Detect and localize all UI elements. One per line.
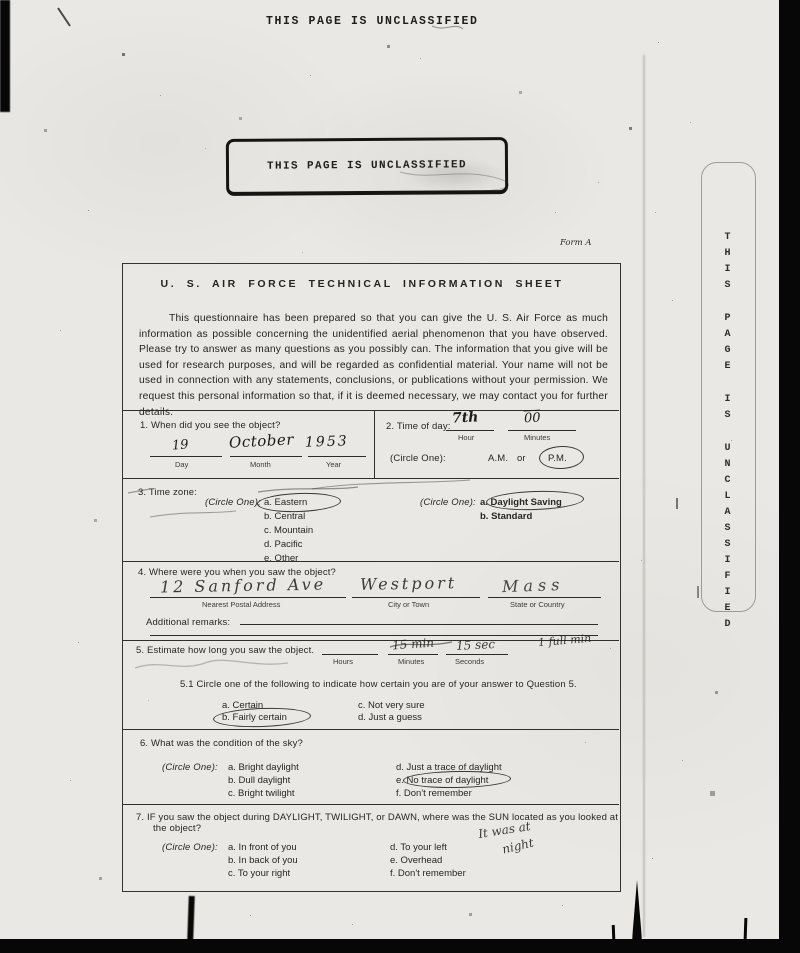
q2-am-option: A.M. bbox=[488, 453, 508, 464]
scanned-document-page: THIS PAGE IS UNCLASSIFIED THIS PAGE IS U… bbox=[0, 0, 800, 953]
q5-minutes-blank bbox=[388, 654, 438, 655]
q7-circle-one-label: (Circle One): bbox=[162, 842, 218, 853]
q2-circle-one-label: (Circle One): bbox=[390, 453, 446, 464]
q7-option-to-your-left: d. To your left bbox=[390, 842, 447, 853]
q7-label-line1: 7. IF you saw the object during DAYLIGHT… bbox=[136, 812, 618, 823]
scan-streak-right-2 bbox=[612, 925, 615, 939]
q3-other-blank bbox=[305, 561, 371, 562]
q1-q2-divider bbox=[374, 410, 375, 478]
form-title: U. S. AIR FORCE TECHNICAL INFORMATION SH… bbox=[122, 278, 602, 290]
q4-remarks-blank-2 bbox=[150, 635, 598, 636]
q4-city-sublabel: City or Town bbox=[388, 600, 429, 609]
q2-hour-value: 7th bbox=[452, 409, 479, 426]
q7-option-dont-remember: f. Don't remember bbox=[390, 868, 466, 879]
q7-option-in-front: a. In front of you bbox=[228, 842, 297, 853]
q5-minutes-sublabel: Minutes bbox=[398, 657, 424, 666]
q3-option-standard: b. Standard bbox=[480, 511, 532, 522]
q6-option-dull-daylight: b. Dull daylight bbox=[228, 775, 290, 786]
q2-minutes-blank bbox=[508, 430, 576, 431]
q1-day-blank bbox=[150, 456, 222, 457]
q7-option-overhead: e. Overhead bbox=[390, 855, 442, 866]
q1-month-sublabel: Month bbox=[250, 460, 271, 469]
divider-1 bbox=[122, 410, 619, 411]
q4-address-blank bbox=[150, 597, 346, 598]
q1-month-value: October bbox=[229, 430, 295, 451]
q4-state-value: Mass bbox=[502, 575, 565, 596]
q4-city-blank bbox=[352, 597, 480, 598]
q5-minutes-value: 15 min bbox=[392, 636, 435, 653]
q7-label-line2: the object? bbox=[153, 823, 201, 834]
q6-label: 6. What was the condition of the sky? bbox=[140, 738, 303, 749]
q4-address-sublabel: Nearest Postal Address bbox=[202, 600, 280, 609]
q3-circle-one-label-2: (Circle One): bbox=[420, 497, 476, 508]
q3-option-other: e. Other bbox=[264, 553, 298, 564]
q6-option-dont-remember: f. Don't remember bbox=[396, 788, 472, 799]
q6-circle-one-label: (Circle One): bbox=[162, 762, 218, 773]
q1-month-blank bbox=[230, 456, 302, 457]
q1-year-value: 1953 bbox=[305, 433, 349, 451]
q3-option-pacific: d. Pacific bbox=[264, 539, 303, 550]
intro-paragraph: This questionnaire has been prepared so … bbox=[139, 311, 608, 420]
scan-edge-top-left bbox=[0, 0, 10, 112]
q5-option-just-a-guess: d. Just a guess bbox=[358, 712, 422, 723]
q7-option-to-your-right: c. To your right bbox=[228, 868, 290, 879]
q1-year-blank bbox=[308, 456, 366, 457]
q3-option-central: b. Central bbox=[264, 511, 305, 522]
q5-seconds-blank bbox=[446, 654, 508, 655]
q4-state-blank bbox=[488, 597, 601, 598]
top-unclassified-banner: THIS PAGE IS UNCLASSIFIED bbox=[266, 15, 479, 28]
q5-seconds-sublabel: Seconds bbox=[455, 657, 484, 666]
divider-6 bbox=[122, 804, 619, 805]
q4-city-value: Westport bbox=[360, 573, 458, 594]
q1-day-sublabel: Day bbox=[175, 460, 188, 469]
q2-or-text: or bbox=[517, 453, 526, 464]
scan-edge-right bbox=[779, 0, 800, 953]
q5-sub-label: 5.1 Circle one of the following to indic… bbox=[180, 679, 577, 690]
q5-hours-sublabel: Hours bbox=[333, 657, 353, 666]
divider-5 bbox=[122, 729, 619, 730]
side-unclassified-text: THIS PAGE IS UNCLASSIFIED bbox=[722, 232, 733, 635]
q4-state-sublabel: State or Country bbox=[510, 600, 565, 609]
q4-address-value: 12 Sanford Ave bbox=[160, 575, 327, 597]
q2-label: 2. Time of day: bbox=[386, 421, 451, 432]
q6-option-bright-daylight: a. Bright daylight bbox=[228, 762, 299, 773]
q2-hour-blank bbox=[446, 430, 494, 431]
q2-minutes-value: 00 bbox=[524, 411, 541, 427]
q5-seconds-value: 15 sec bbox=[456, 637, 496, 653]
scan-dash-mark-2 bbox=[697, 586, 699, 598]
stamp-smudge bbox=[400, 158, 510, 192]
divider-2 bbox=[122, 478, 619, 479]
q1-day-value: 19 bbox=[171, 437, 189, 453]
scan-edge-bottom bbox=[0, 939, 800, 953]
q3-circle-one-label: (Circle One): bbox=[205, 497, 261, 508]
q2-minutes-sublabel: Minutes bbox=[524, 433, 550, 442]
q5-hours-blank bbox=[322, 654, 378, 655]
q1-label: 1. When did you see the object? bbox=[140, 420, 280, 431]
q5-option-not-very-sure: c. Not very sure bbox=[358, 700, 425, 711]
q5-label: 5. Estimate how long you saw the object. bbox=[136, 645, 314, 656]
q4-remarks-label: Additional remarks: bbox=[146, 617, 230, 628]
scan-dash-mark-1 bbox=[676, 498, 678, 509]
q1-year-sublabel: Year bbox=[326, 460, 341, 469]
form-a-label: Form A bbox=[560, 238, 592, 248]
q3-label: 3. Time zone: bbox=[138, 487, 197, 498]
q2-hour-sublabel: Hour bbox=[458, 433, 474, 442]
q3-option-mountain: c. Mountain bbox=[264, 525, 313, 536]
q7-option-in-back: b. In back of you bbox=[228, 855, 298, 866]
q4-remarks-blank-1 bbox=[240, 624, 598, 625]
q6-option-bright-twilight: c. Bright twilight bbox=[228, 788, 295, 799]
